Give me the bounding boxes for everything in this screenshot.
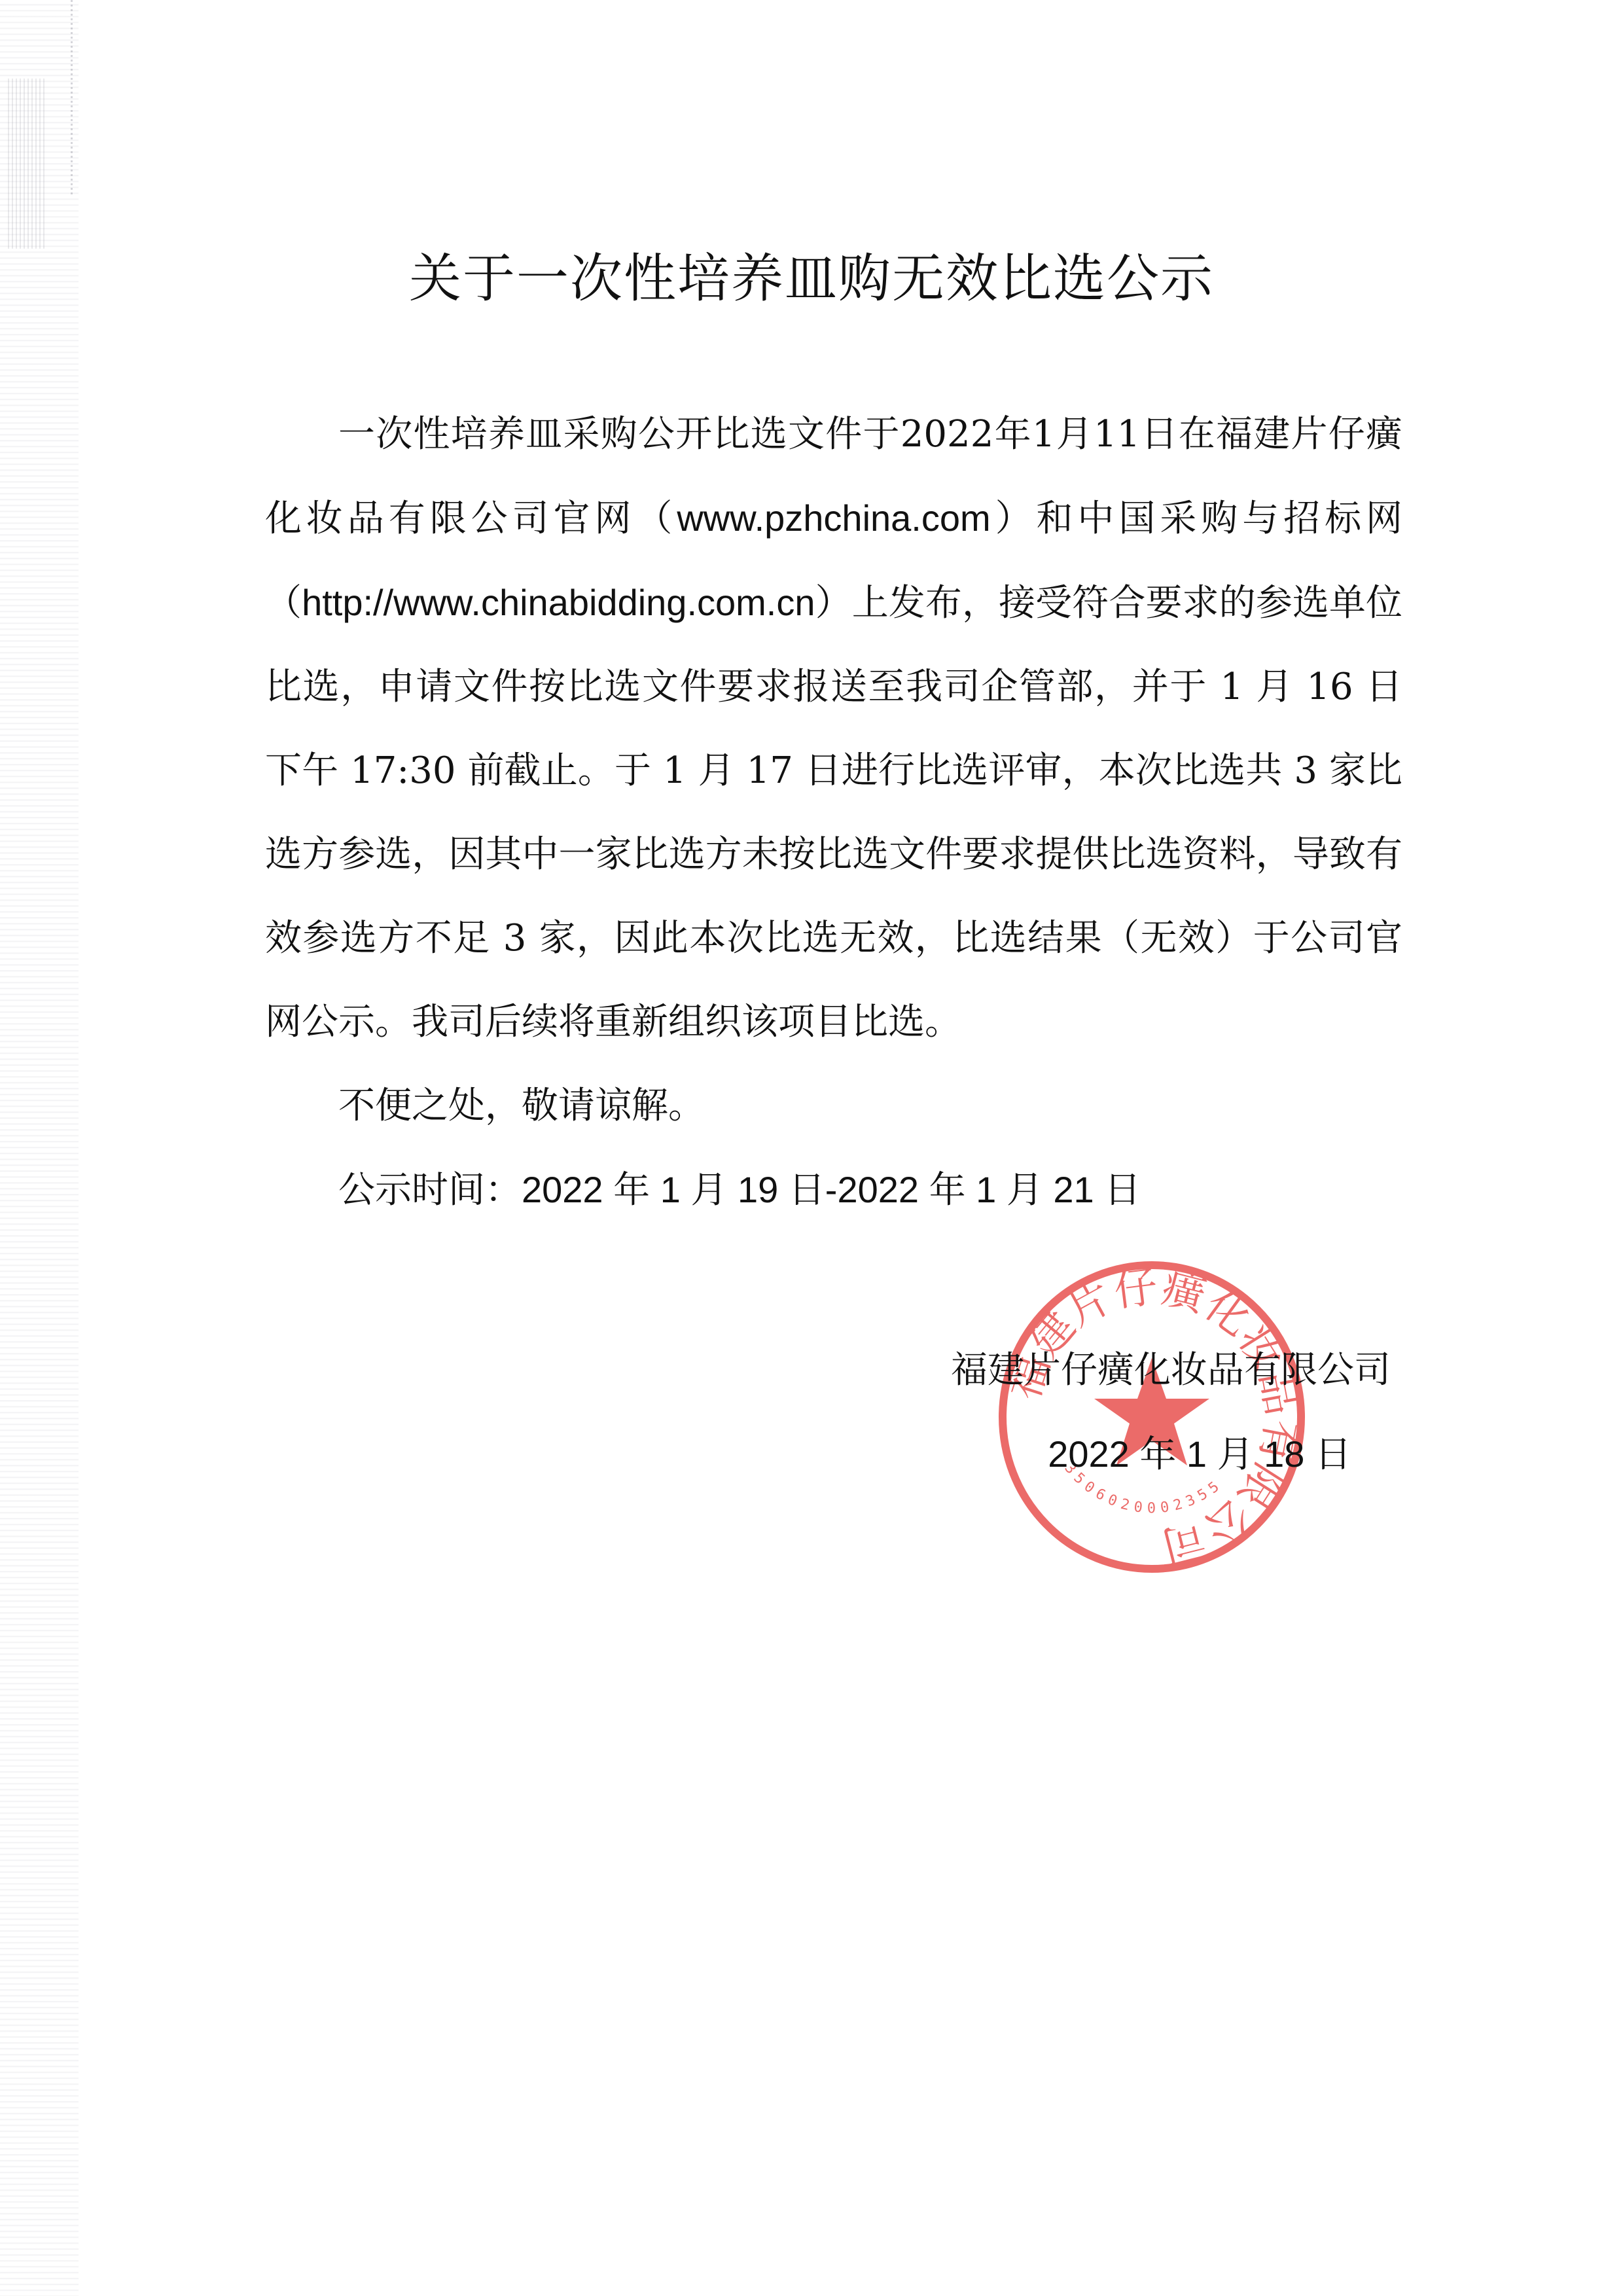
publicity-period-label: 公示时间： xyxy=(338,1169,522,1211)
signature-block: 福建片仔癀化妆品有限公司 2022 年 1 月 18 日 xyxy=(951,1329,1391,1496)
signature-company: 福建片仔癀化妆品有限公司 xyxy=(951,1329,1391,1412)
main-paragraph: 一次性培养皿采购公开比选文件于2022年1月11日在福建片仔癀化妆品有限公司官网… xyxy=(265,393,1402,1064)
scan-edge-artifact xyxy=(0,0,79,2296)
apology-paragraph: 不便之处，敬请谅解。 xyxy=(265,1064,1402,1148)
document-title: 关于一次性培养皿购无效比选公示 xyxy=(0,246,1623,312)
chinabidding-website-link: http://www.chinabidding.com.cn xyxy=(302,582,815,623)
publicity-period-value: 2022 年 1 月 19 日-2022 年 1 月 21 日 xyxy=(522,1169,1141,1210)
company-website-link: www.pzhchina.com xyxy=(677,497,990,539)
main-text-part3: ）上发布，接受符合要求的参选单位比选，申请文件按比选文件要求报送至我司企管部，并… xyxy=(265,582,1402,1043)
signature-date: 2022 年 1 月 18 日 xyxy=(951,1412,1351,1496)
publicity-period: 公示时间：2022 年 1 月 19 日-2022 年 1 月 21 日 xyxy=(265,1148,1402,1232)
document-body: 一次性培养皿采购公开比选文件于2022年1月11日在福建片仔癀化妆品有限公司官网… xyxy=(265,393,1402,1232)
